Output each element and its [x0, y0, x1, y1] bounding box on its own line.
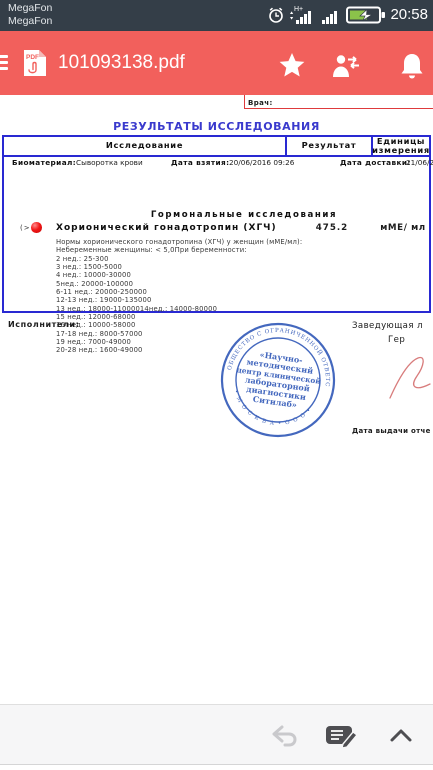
reference-line: 4 нед.: 10000-30000 [56, 271, 302, 279]
status-time: 20:58 [390, 6, 428, 23]
doctor-field-box: Врач: [244, 95, 433, 109]
reference-line: Нормы хорионического гонадотропина (ХГЧ)… [56, 238, 302, 246]
reference-line: 3 нед.: 1500-5000 [56, 263, 302, 271]
undo-icon[interactable] [268, 719, 302, 753]
issue-date-label: Дата выдачи отче [352, 427, 431, 435]
favorite-star-icon[interactable] [277, 51, 307, 81]
signatory-name: Гер [388, 335, 405, 345]
test-result: 475.2 [289, 223, 375, 233]
reference-line: 12-13 нед.: 19000-135000 [56, 296, 302, 304]
menu-icon[interactable] [0, 55, 8, 74]
edit-note-icon[interactable] [325, 719, 359, 753]
reference-line: 13 нед.: 18000-11000014нед.: 14000-80000 [56, 305, 302, 313]
test-name: Хорионический гонадотропин (ХГЧ) [56, 223, 277, 233]
date-delivery-value: 21/06/20 [406, 158, 433, 167]
biomaterial-label: Биоматериал: [12, 158, 76, 167]
carrier-line-1: MegaFon [8, 2, 52, 15]
alarm-icon [266, 5, 286, 25]
reference-line: 6-11 нед.: 20000-250000 [56, 288, 302, 296]
carrier-line-2: MegaFon [8, 15, 52, 28]
reference-line: 5нед.: 20000-100000 [56, 280, 302, 288]
signal-hplus-icon: H+ [288, 4, 314, 26]
results-table: Исследование Результат Единицы измерения… [2, 135, 431, 313]
signature-stroke [384, 350, 433, 405]
col-header-study: Исследование [4, 137, 287, 157]
biomaterial-value: Сыворотка крови [76, 158, 143, 167]
status-bar: MegaFon MegaFon H+ 20:58 [0, 0, 433, 31]
section-title: Гормональные исследования [4, 210, 433, 220]
battery-charging-icon [346, 6, 386, 24]
date-taken-value: 20/06/2016 09:26 [229, 158, 294, 167]
doctor-label: Врач: [248, 99, 273, 107]
executors-label: Исполнители: [8, 320, 79, 329]
date-delivery-label: Дата доставки: [340, 158, 411, 167]
svg-text:PDF: PDF [26, 54, 39, 61]
reference-line: 2 нед.: 25-300 [56, 255, 302, 263]
signal-icon [320, 4, 342, 26]
app-bar: PDF 101093138.pdf [0, 31, 433, 95]
carrier-label: MegaFon MegaFon [8, 2, 52, 28]
lab-round-stamp: ОБЩЕСТВО С ОГРАНИЧЕННОЙ ОТВЕТСТВЕННОСТЬЮ… [211, 313, 344, 446]
pdf-file-icon: PDF [22, 48, 48, 78]
collapse-up-icon[interactable] [384, 719, 418, 753]
svg-text:H+: H+ [294, 6, 303, 13]
col-header-result: Результат [287, 137, 373, 157]
out-of-range-dot-icon [31, 222, 42, 233]
document-title: 101093138.pdf [58, 52, 185, 74]
notification-bell-icon[interactable] [397, 51, 427, 81]
annotation-toolbar [0, 704, 433, 765]
share-contact-icon[interactable] [330, 51, 360, 81]
pdf-page[interactable]: Врач: РЕЗУЛЬТАТЫ ИССЛЕДОВАНИЯ Исследован… [0, 95, 433, 704]
col-header-units: Единицы измерения [373, 137, 429, 157]
date-taken-label: Дата взятия: [171, 158, 229, 167]
reference-line: Небеременные женщины: < 5,0При беременно… [56, 246, 302, 254]
signatory-title: Заведующая л [352, 321, 423, 331]
test-units: мМЕ/ мл [373, 223, 433, 233]
results-title: РЕЗУЛЬТАТЫ ИССЛЕДОВАНИЯ [0, 120, 433, 133]
